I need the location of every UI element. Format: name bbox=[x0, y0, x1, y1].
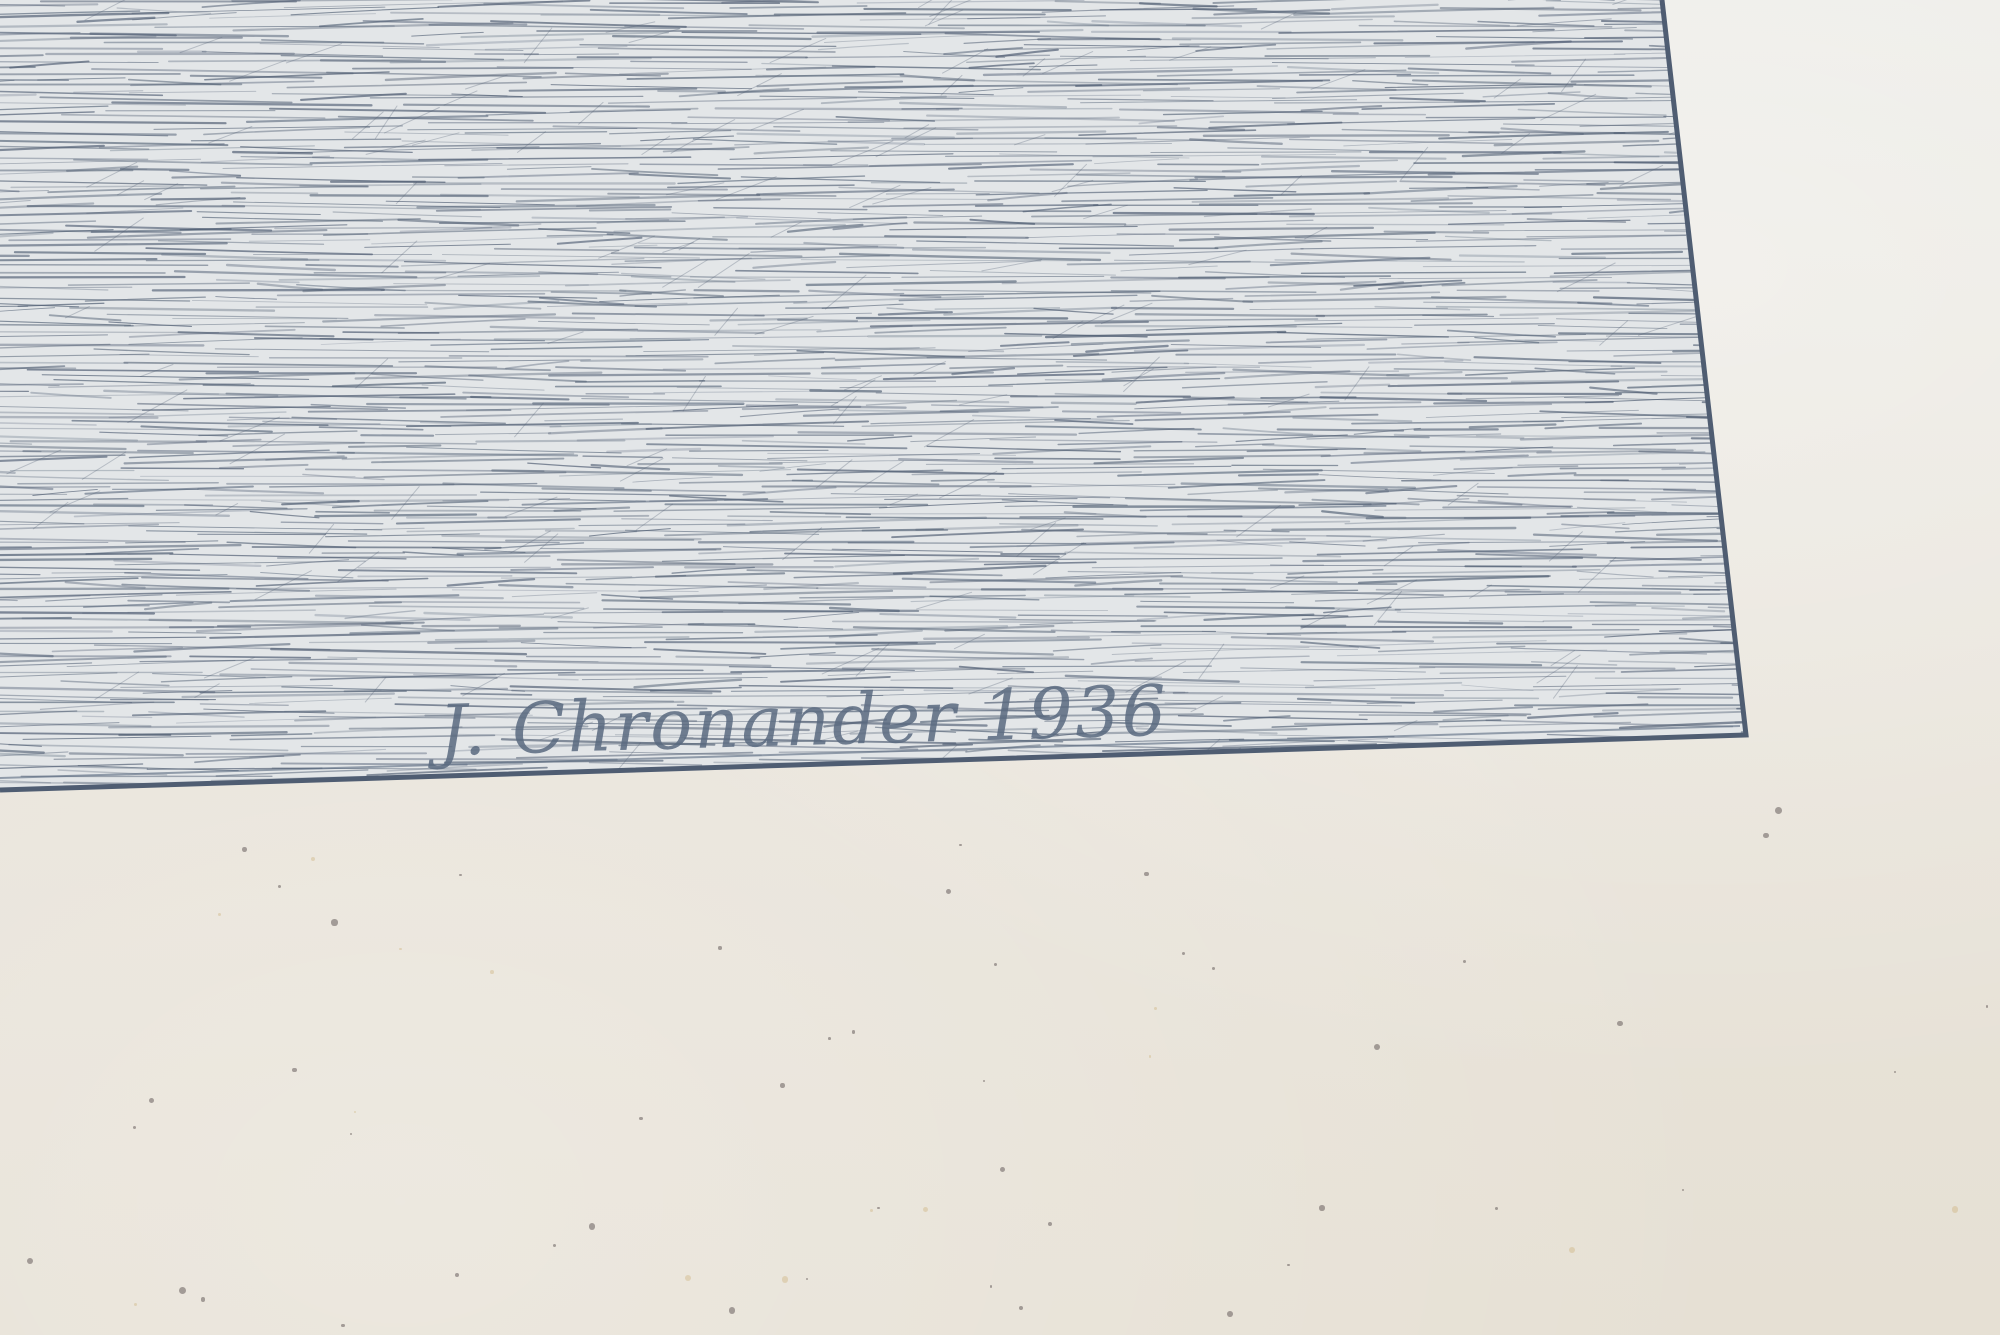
paper-speck bbox=[134, 1303, 137, 1306]
paper-speck bbox=[1374, 1044, 1380, 1050]
paper-speck bbox=[27, 1258, 33, 1264]
paper-speck bbox=[983, 1080, 985, 1082]
paper-speck bbox=[331, 919, 337, 925]
paper-speck bbox=[1227, 1311, 1233, 1317]
etched-print-area bbox=[0, 0, 2000, 1335]
paper-speck bbox=[459, 874, 462, 877]
paper-speck bbox=[1144, 872, 1149, 877]
paper-speck bbox=[1154, 1007, 1157, 1010]
paper-speck bbox=[1319, 1205, 1324, 1210]
paper-speck bbox=[806, 1278, 808, 1280]
paper-speck bbox=[828, 1037, 831, 1040]
paper-speck bbox=[1287, 1264, 1289, 1266]
paper-speck bbox=[685, 1275, 691, 1281]
paper-speck bbox=[242, 847, 247, 852]
paper-speck bbox=[1775, 807, 1782, 814]
paper-speck bbox=[639, 1117, 643, 1121]
paper-speck bbox=[399, 948, 401, 950]
paper-speck bbox=[149, 1098, 154, 1103]
paper-speck bbox=[780, 1083, 784, 1087]
paper-speck bbox=[179, 1287, 186, 1294]
paper-speck bbox=[589, 1223, 596, 1230]
paper-speck bbox=[718, 946, 721, 949]
paper-speck bbox=[311, 857, 315, 861]
paper-speck bbox=[490, 970, 494, 974]
paper-speck bbox=[946, 889, 951, 894]
paper-speck bbox=[1212, 967, 1215, 970]
paper-speck bbox=[292, 1068, 296, 1072]
paper-speck bbox=[870, 1209, 873, 1212]
paper-speck bbox=[877, 1207, 879, 1209]
paper-speck bbox=[1763, 833, 1769, 839]
paper-speck bbox=[455, 1273, 459, 1277]
paper-speck bbox=[341, 1324, 344, 1327]
paper-speck bbox=[1952, 1206, 1959, 1213]
